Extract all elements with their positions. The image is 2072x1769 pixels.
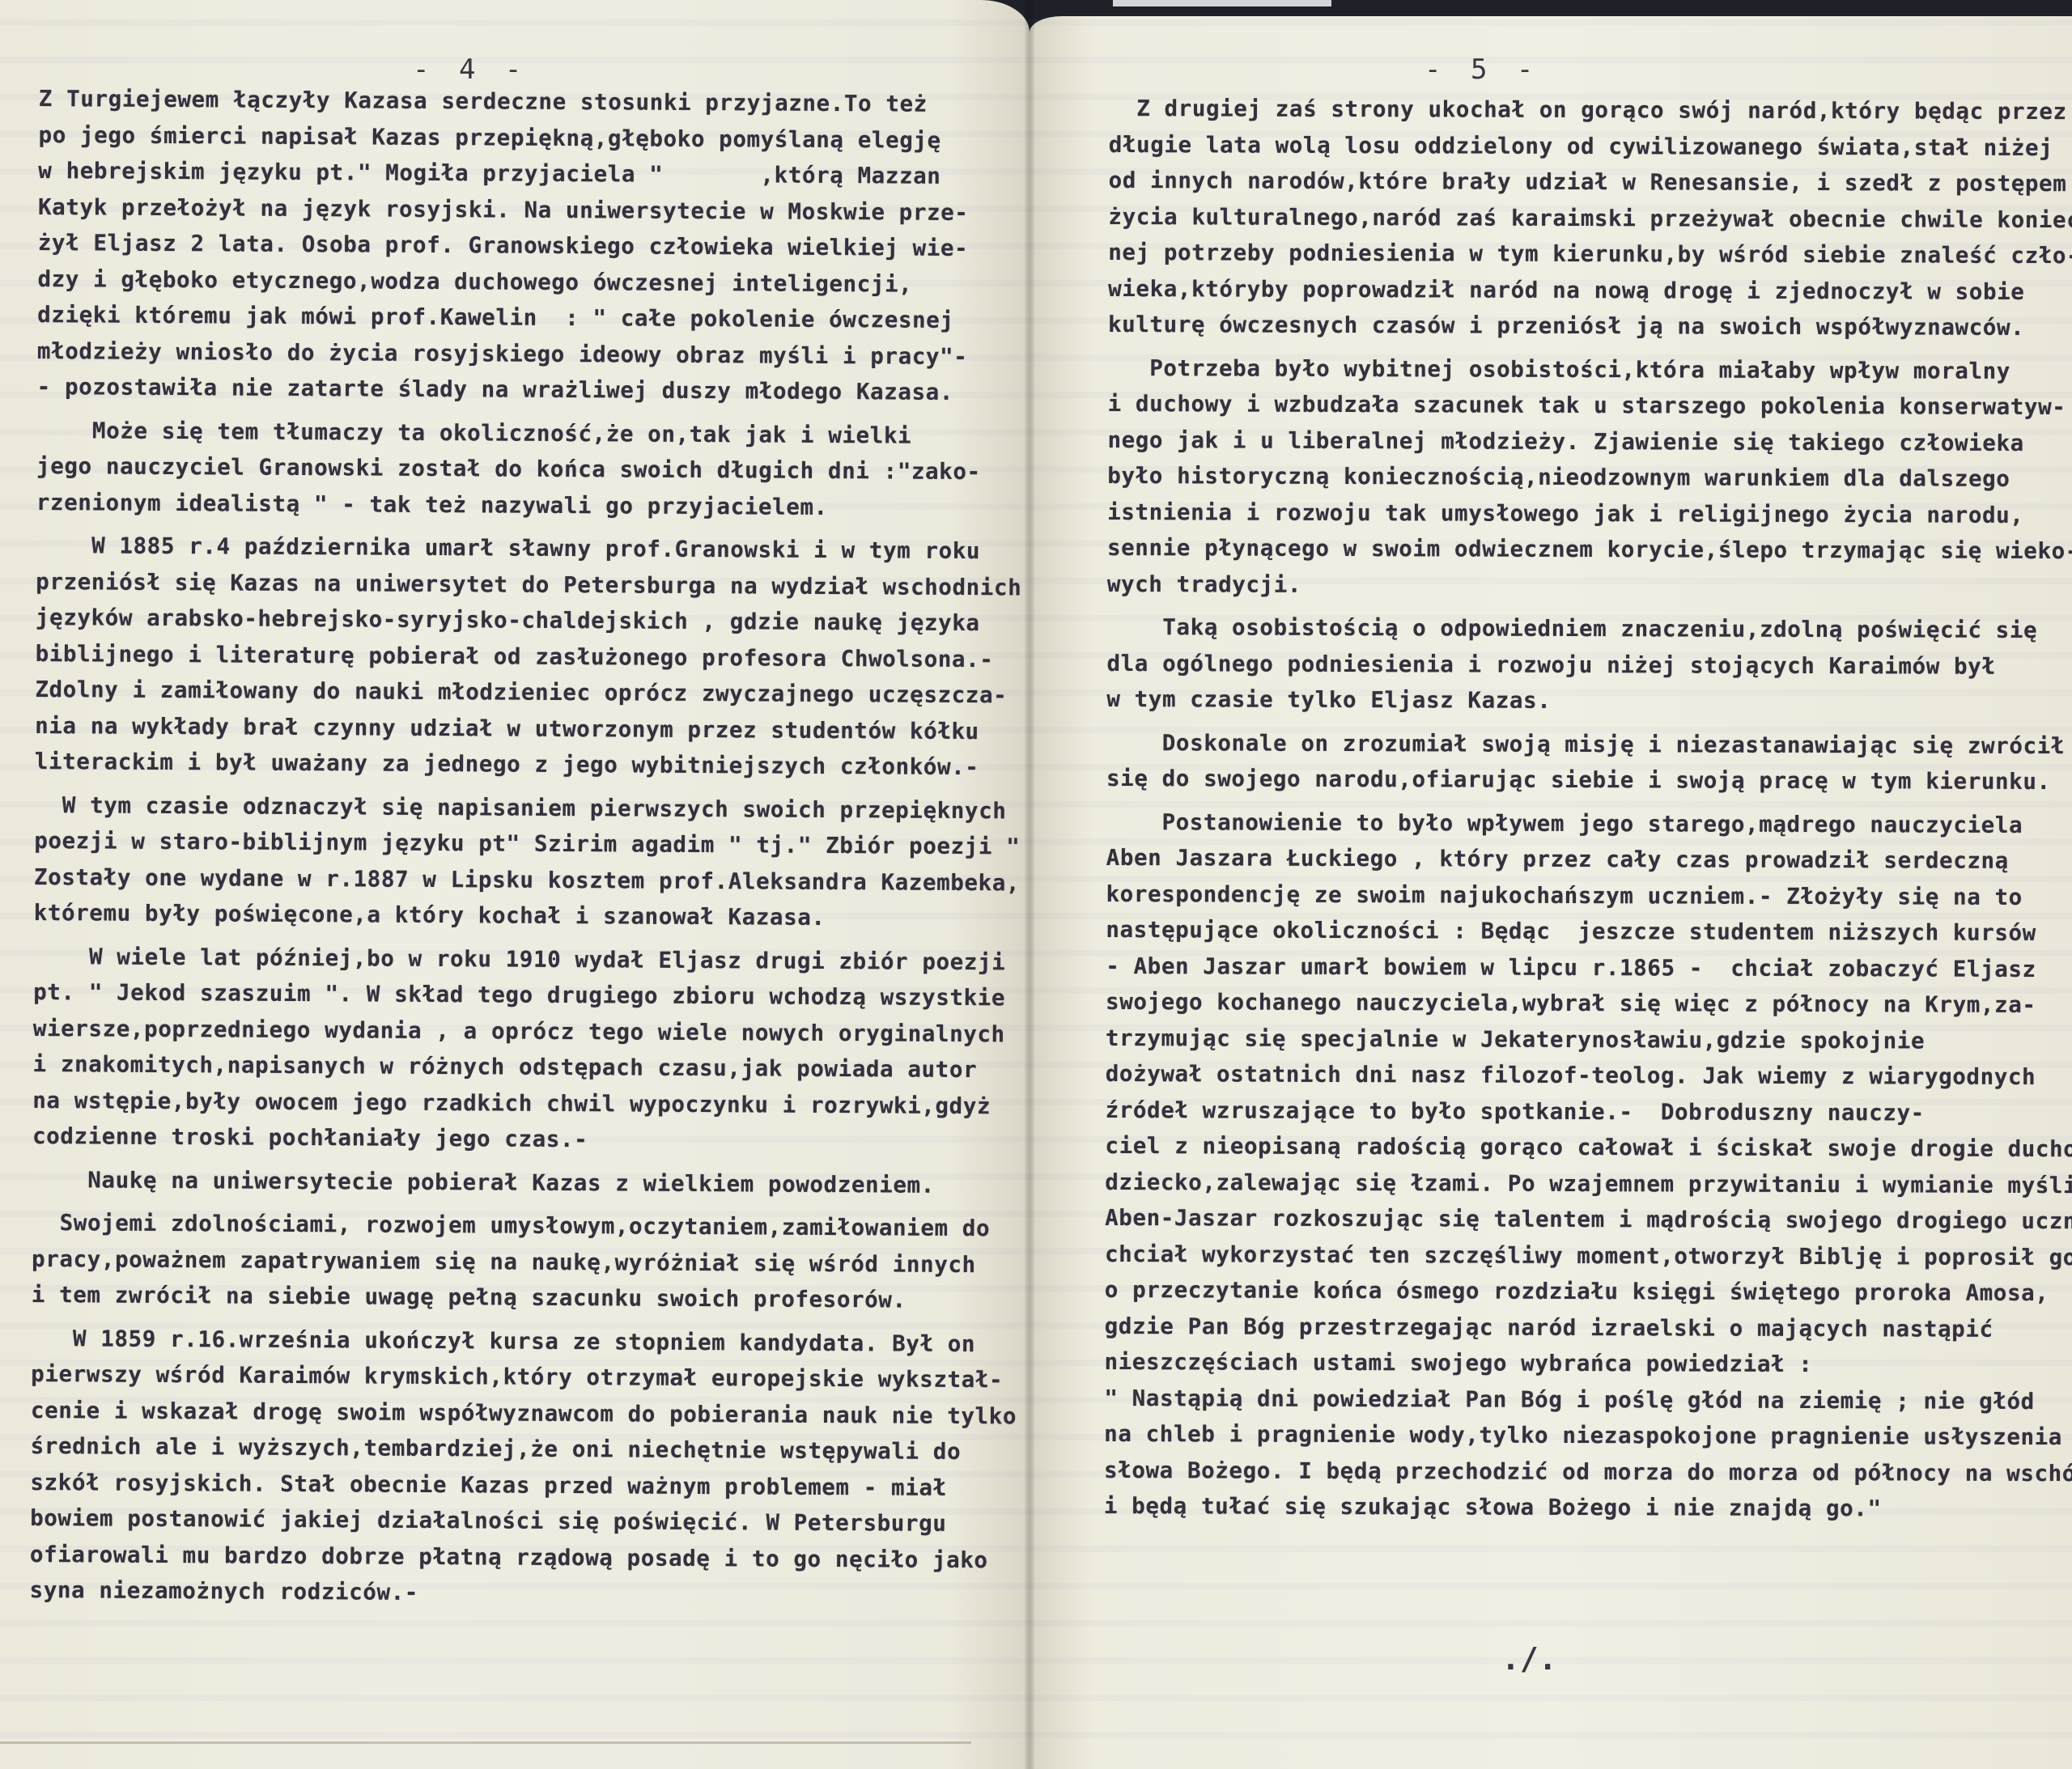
text-line: następujące okoliczności : Będąc jeszcze… (1106, 912, 2072, 952)
end-mark: ./. (1501, 1641, 1557, 1677)
text-line: " Nastąpią dni powiedział Pan Bóg i pośl… (1104, 1380, 2072, 1419)
text-line: W wiele lat później,bo w roku 1910 wydał… (33, 938, 1019, 980)
text-line: w tym czasie tylko Eljasz Kazas. (1106, 681, 2072, 721)
text-line: Doskonale on zrozumiał swoją misję i nie… (1106, 724, 2072, 764)
text-line: dziecko,zalewając się łzami. Po wzajemne… (1105, 1164, 2072, 1203)
text-line: średnich ale i wyższych,tembardziej,że o… (31, 1428, 1017, 1470)
text-line: Swojemi zdolnościami, rozwojem umysłowym… (32, 1205, 1017, 1247)
text-line: Może się tem tłumaczy ta okoliczność,że … (36, 412, 1022, 454)
text-line: pierwszy wśród Karaimów krymskich,który … (31, 1356, 1017, 1398)
text-line: nej potrzeby podniesienia w tym kierunku… (1108, 235, 2072, 274)
text-line: - pozostawiła nie zatarte ślady na wrażl… (37, 369, 1023, 411)
text-line: pracy,poważnem zapatrywaniem się na nauk… (32, 1241, 1017, 1283)
text-line: literackim i był uważany za jednego z je… (35, 744, 1021, 786)
text-line: szkół rosyjskich. Stał obecnie Kazas prz… (30, 1464, 1016, 1506)
text-line: swojego kochanego nauczyciela,wybrał się… (1106, 984, 2072, 1024)
text-line: sennie płynącego w swoim odwiecznem kory… (1107, 530, 2072, 570)
text-line: w hebrejskim języku pt." Mogiła przyjaci… (38, 153, 1024, 195)
text-line: ciel z nieopisaną radością gorąco całowa… (1105, 1128, 2072, 1168)
text-line: dla ogólnego podniesienia i rozwoju niże… (1106, 645, 2072, 685)
text-line: ofiarowali mu bardzo dobrze płatną rządo… (30, 1536, 1016, 1578)
left-page-body: Z Turgiejewem łączyły Kazasa serdeczne s… (29, 81, 1025, 1614)
text-line: wieka,któryby poprowadził naród na nową … (1108, 270, 2072, 310)
text-line: Aben-Jaszar rozkoszując się talentem i m… (1105, 1200, 2072, 1240)
text-line: na wstępie,były owocem jego rzadkich chw… (32, 1082, 1018, 1124)
text-line: przeniósł się Kazas na uniwersytet do Pe… (36, 563, 1021, 605)
text-line: W tym czasie odznaczył się napisaniem pi… (34, 787, 1020, 829)
page-bottom-edge (0, 1741, 971, 1744)
text-line: nieszczęściach ustami swojego wybrańca p… (1104, 1344, 2072, 1384)
text-line: trzymując się specjalnie w Jekaterynosła… (1106, 1020, 2072, 1059)
text-line: Aben Jaszara Łuckiego , który przez cały… (1106, 840, 2072, 880)
text-line: codzienne troski pochłaniały jego czas.- (32, 1118, 1018, 1160)
text-line: wiersze,poprzedniego wydania , a oprócz … (33, 1010, 1019, 1052)
text-line: długie lata wolą losu oddzielony od cywi… (1109, 126, 2072, 166)
page-number-left: - 4 - (413, 53, 528, 86)
text-line: młodzieży wniosło do życia rosyjskiego i… (37, 333, 1023, 375)
text-line: o przeczytanie końca ósmego rozdziału ks… (1105, 1272, 2072, 1312)
text-line: Z drugiej zaś strony ukochał on gorąco s… (1109, 91, 2072, 130)
text-line: cenie i wskazał drogę swoim współwyznawc… (31, 1392, 1017, 1434)
text-line: żył Eljasz 2 lata. Osoba prof. Granowski… (38, 225, 1024, 267)
left-page: - 4 - Z Turgiejewem łączyły Kazasa serde… (0, 0, 1030, 1769)
text-line: Potrzeba było wybitnej osobistości,która… (1108, 350, 2072, 389)
top-label-strip (1113, 0, 1331, 6)
text-line: Taką osobistością o odpowiedniem znaczen… (1107, 609, 2072, 649)
right-page-body: Z drugiej zaś strony ukochał on gorąco s… (1104, 91, 2072, 1528)
text-line: bowiem postanowić jakiej działalności si… (30, 1500, 1016, 1542)
text-line: dzy i głęboko etycznego,wodza duchowego … (37, 261, 1023, 303)
text-line: W 1885 r.4 października umarł sławny pro… (36, 528, 1021, 570)
text-line: języków arabsko-hebrejsko-syryjsko-chald… (36, 600, 1021, 642)
text-line: rzenionym idealistą " - tak też nazywali… (36, 484, 1022, 526)
text-line: syna niezamożnych rodziców.- (29, 1572, 1015, 1614)
text-line: któremu były poświęcone,a który kochał i… (34, 895, 1020, 937)
text-line: W 1859 r.16.września ukończył kursa ze s… (31, 1320, 1017, 1362)
text-line: i będą tułać się szukając słowa Bożego i… (1104, 1488, 2072, 1528)
text-line: pt. " Jekod szaszuim ". W skład tego dru… (33, 974, 1019, 1016)
text-line: słowa Bożego. I będą przechodzić od morz… (1104, 1452, 2072, 1491)
text-line: istnienia i rozwoju tak umysłowego jak i… (1107, 494, 2072, 533)
text-line: jego nauczyciel Granowski został do końc… (36, 448, 1022, 490)
text-line: nego jak i u liberalnej młodzieży. Zjawi… (1107, 422, 2072, 461)
text-line: i duchowy i wzbudzała szacunek tak u sta… (1108, 386, 2072, 426)
text-line: życia kulturalnego,naród zaś karaimski p… (1108, 198, 2072, 238)
text-line: biblijnego i literaturę pobierał od zasł… (36, 635, 1021, 677)
text-line: kulturę ówczesnych czasów i przeniósł ją… (1108, 307, 2072, 346)
text-line: i znakomitych,napisanych w różnych odstę… (32, 1046, 1018, 1088)
text-line: wych tradycji. (1107, 566, 2072, 605)
text-line: po jego śmierci napisał Kazas przepiękną… (38, 117, 1024, 159)
text-line: i tem zwrócił na siebie uwagę pełną szac… (32, 1277, 1017, 1319)
text-line: Zostały one wydane w r.1887 w Lipsku kos… (34, 859, 1020, 901)
text-line: Naukę na uniwersytecie pobierał Kazas z … (32, 1161, 1018, 1203)
text-line: chciał wykorzystać ten szczęśliwy moment… (1105, 1236, 2072, 1275)
text-line: Z Turgiejewem łączyły Kazasa serdeczne s… (39, 81, 1025, 123)
book-spread: - 4 - Z Turgiejewem łączyły Kazasa serde… (0, 0, 2072, 1769)
book-spine (1025, 0, 1034, 1769)
text-line: dzięki któremu jak mówi prof.Kawelin : "… (37, 297, 1023, 339)
text-line: od innych narodów,które brały udział w R… (1109, 163, 2072, 202)
text-line: nia na wykłady brał czynny udział w utwo… (35, 707, 1021, 749)
text-line: źródeł wzruszające to było spotkanie.- D… (1106, 1092, 2072, 1131)
text-line: Zdolny i zamiłowany do nauki młodzieniec… (35, 672, 1021, 714)
text-line: - Aben Jaszar umarł bowiem w lipcu r.186… (1106, 948, 2072, 987)
text-line: Postanowienie to było wpływem jego stare… (1106, 804, 2072, 843)
text-line: dożywał ostatnich dni nasz filozof-teolo… (1106, 1056, 2072, 1096)
text-line: Katyk przełożył na język rosyjski. Na un… (38, 189, 1024, 231)
text-line: gdzie Pan Bóg przestrzegając naród izrae… (1105, 1308, 2072, 1347)
page-number-right: - 5 - (1424, 53, 1539, 86)
text-line: poezji w staro-biblijnym języku pt" Szir… (34, 823, 1020, 865)
right-page: - 5 - Z drugiej zaś strony ukochał on go… (1030, 16, 2072, 1769)
text-line: korespondencję ze swoim najukochańszym u… (1106, 876, 2072, 915)
text-line: na chleb i pragnienie wody,tylko niezasp… (1104, 1416, 2072, 1456)
text-line: było historyczną koniecznością,nieodzown… (1107, 458, 2072, 498)
text-line: się do swojego narodu,ofiarując siebie i… (1106, 761, 2072, 800)
